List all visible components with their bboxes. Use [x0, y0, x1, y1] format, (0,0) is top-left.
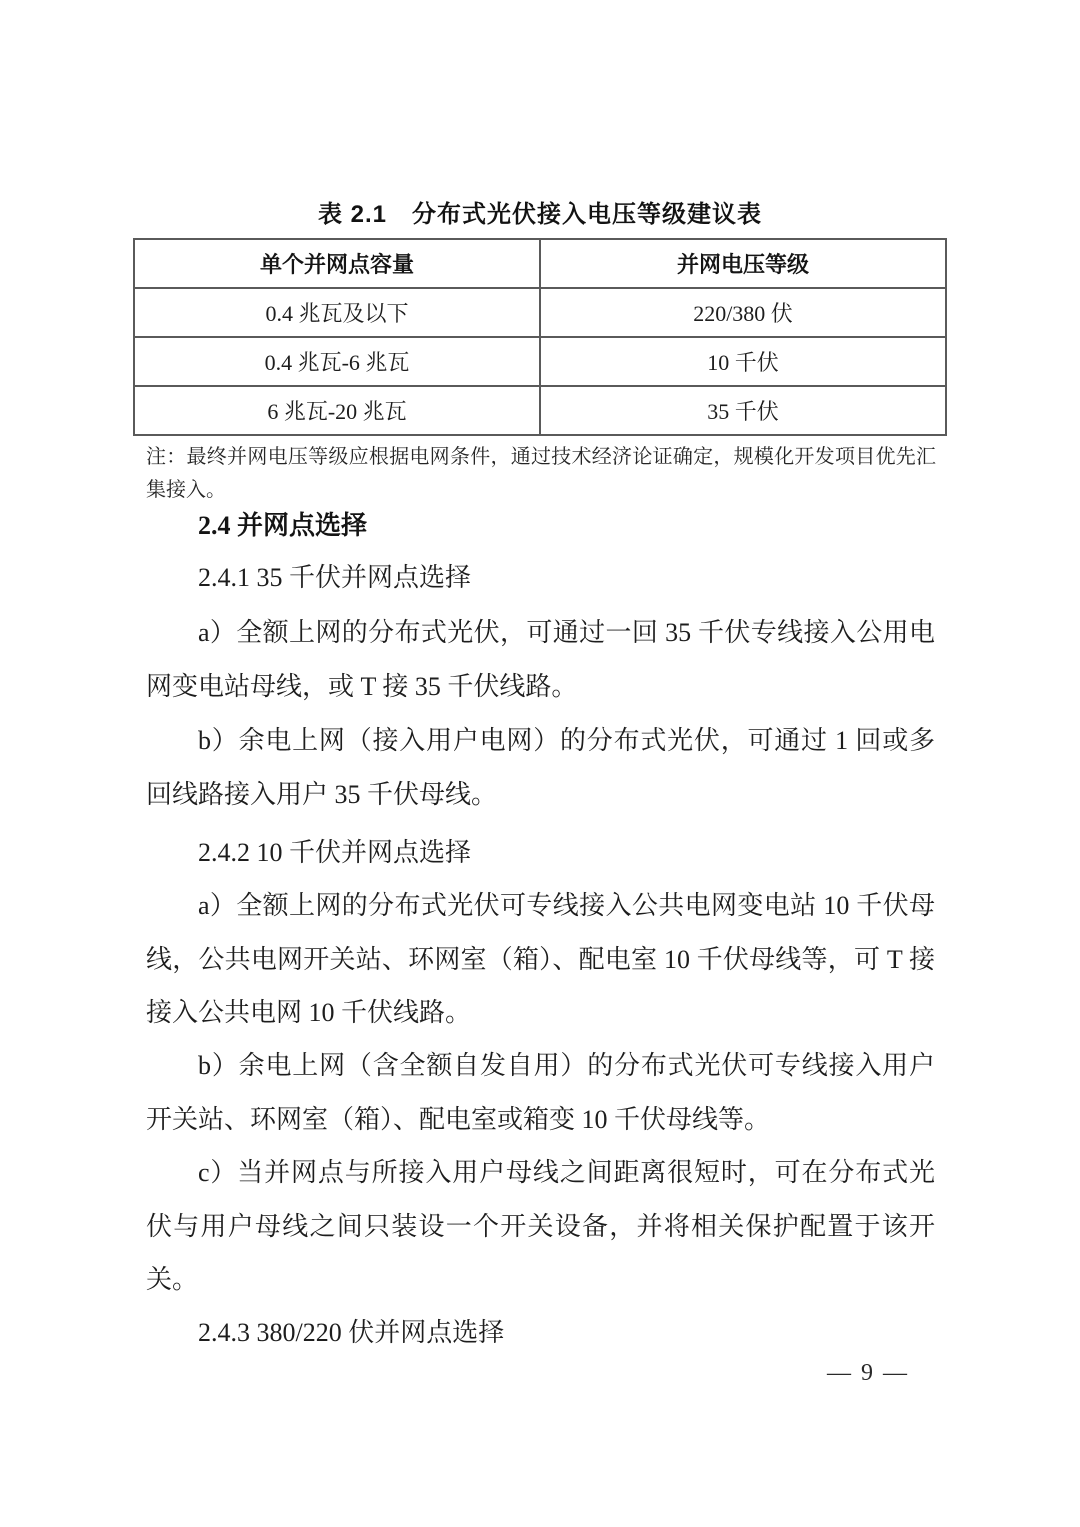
- paragraph-2-4-2-b: b）余电上网（含全额自发自用）的分布式光伏可专线接入用户开关站、环网室（箱）、配…: [146, 1039, 935, 1146]
- table-footnote: 注：最终并网电压等级应根据电网条件，通过技术经济论证确定，规模化开发项目优先汇集…: [146, 441, 936, 507]
- table-cell-voltage: 35 千伏: [540, 386, 946, 435]
- table-caption: 表 2.1 分布式光伏接入电压等级建议表: [133, 194, 947, 229]
- table-cell-capacity: 0.4 兆瓦及以下: [134, 288, 540, 337]
- paragraph-2-4-1-b: b）余电上网（接入用户电网）的分布式光伏，可通过 1 回或多回线路接入用户 35…: [146, 714, 935, 821]
- section-heading-2-4-1: 2.4.1 35 千伏并网点选择: [198, 558, 471, 598]
- document-page: 表 2.1 分布式光伏接入电压等级建议表 单个并网点容量 并网电压等级 0.4 …: [0, 0, 1080, 1527]
- section-heading-2-4: 2.4 并网点选择: [198, 506, 367, 546]
- page-number: — 9 —: [133, 1360, 947, 1387]
- table-header-row: 单个并网点容量 并网电压等级: [134, 239, 946, 288]
- table-cell-voltage: 220/380 伏: [540, 288, 946, 337]
- voltage-level-table: 单个并网点容量 并网电压等级 0.4 兆瓦及以下 220/380 伏 0.4 兆…: [133, 238, 947, 436]
- paragraph-2-4-1-a: a）全额上网的分布式光伏，可通过一回 35 千伏专线接入公用电网变电站母线，或 …: [146, 606, 935, 713]
- table-row: 0.4 兆瓦-6 兆瓦 10 千伏: [134, 337, 946, 386]
- section-heading-2-4-2: 2.4.2 10 千伏并网点选择: [198, 833, 471, 873]
- paragraph-2-4-2-c: c）当并网点与所接入用户母线之间距离很短时，可在分布式光伏与用户母线之间只装设一…: [146, 1146, 935, 1307]
- section-heading-2-4-3: 2.4.3 380/220 伏并网点选择: [198, 1313, 504, 1353]
- table-header-capacity: 单个并网点容量: [134, 239, 540, 288]
- table-cell-capacity: 6 兆瓦-20 兆瓦: [134, 386, 540, 435]
- table-row: 0.4 兆瓦及以下 220/380 伏: [134, 288, 946, 337]
- paragraph-2-4-2-a: a）全额上网的分布式光伏可专线接入公共电网变电站 10 千伏母线，公共电网开关站…: [146, 879, 935, 1040]
- table-cell-capacity: 0.4 兆瓦-6 兆瓦: [134, 337, 540, 386]
- table-row: 6 兆瓦-20 兆瓦 35 千伏: [134, 386, 946, 435]
- table-header-voltage: 并网电压等级: [540, 239, 946, 288]
- table-cell-voltage: 10 千伏: [540, 337, 946, 386]
